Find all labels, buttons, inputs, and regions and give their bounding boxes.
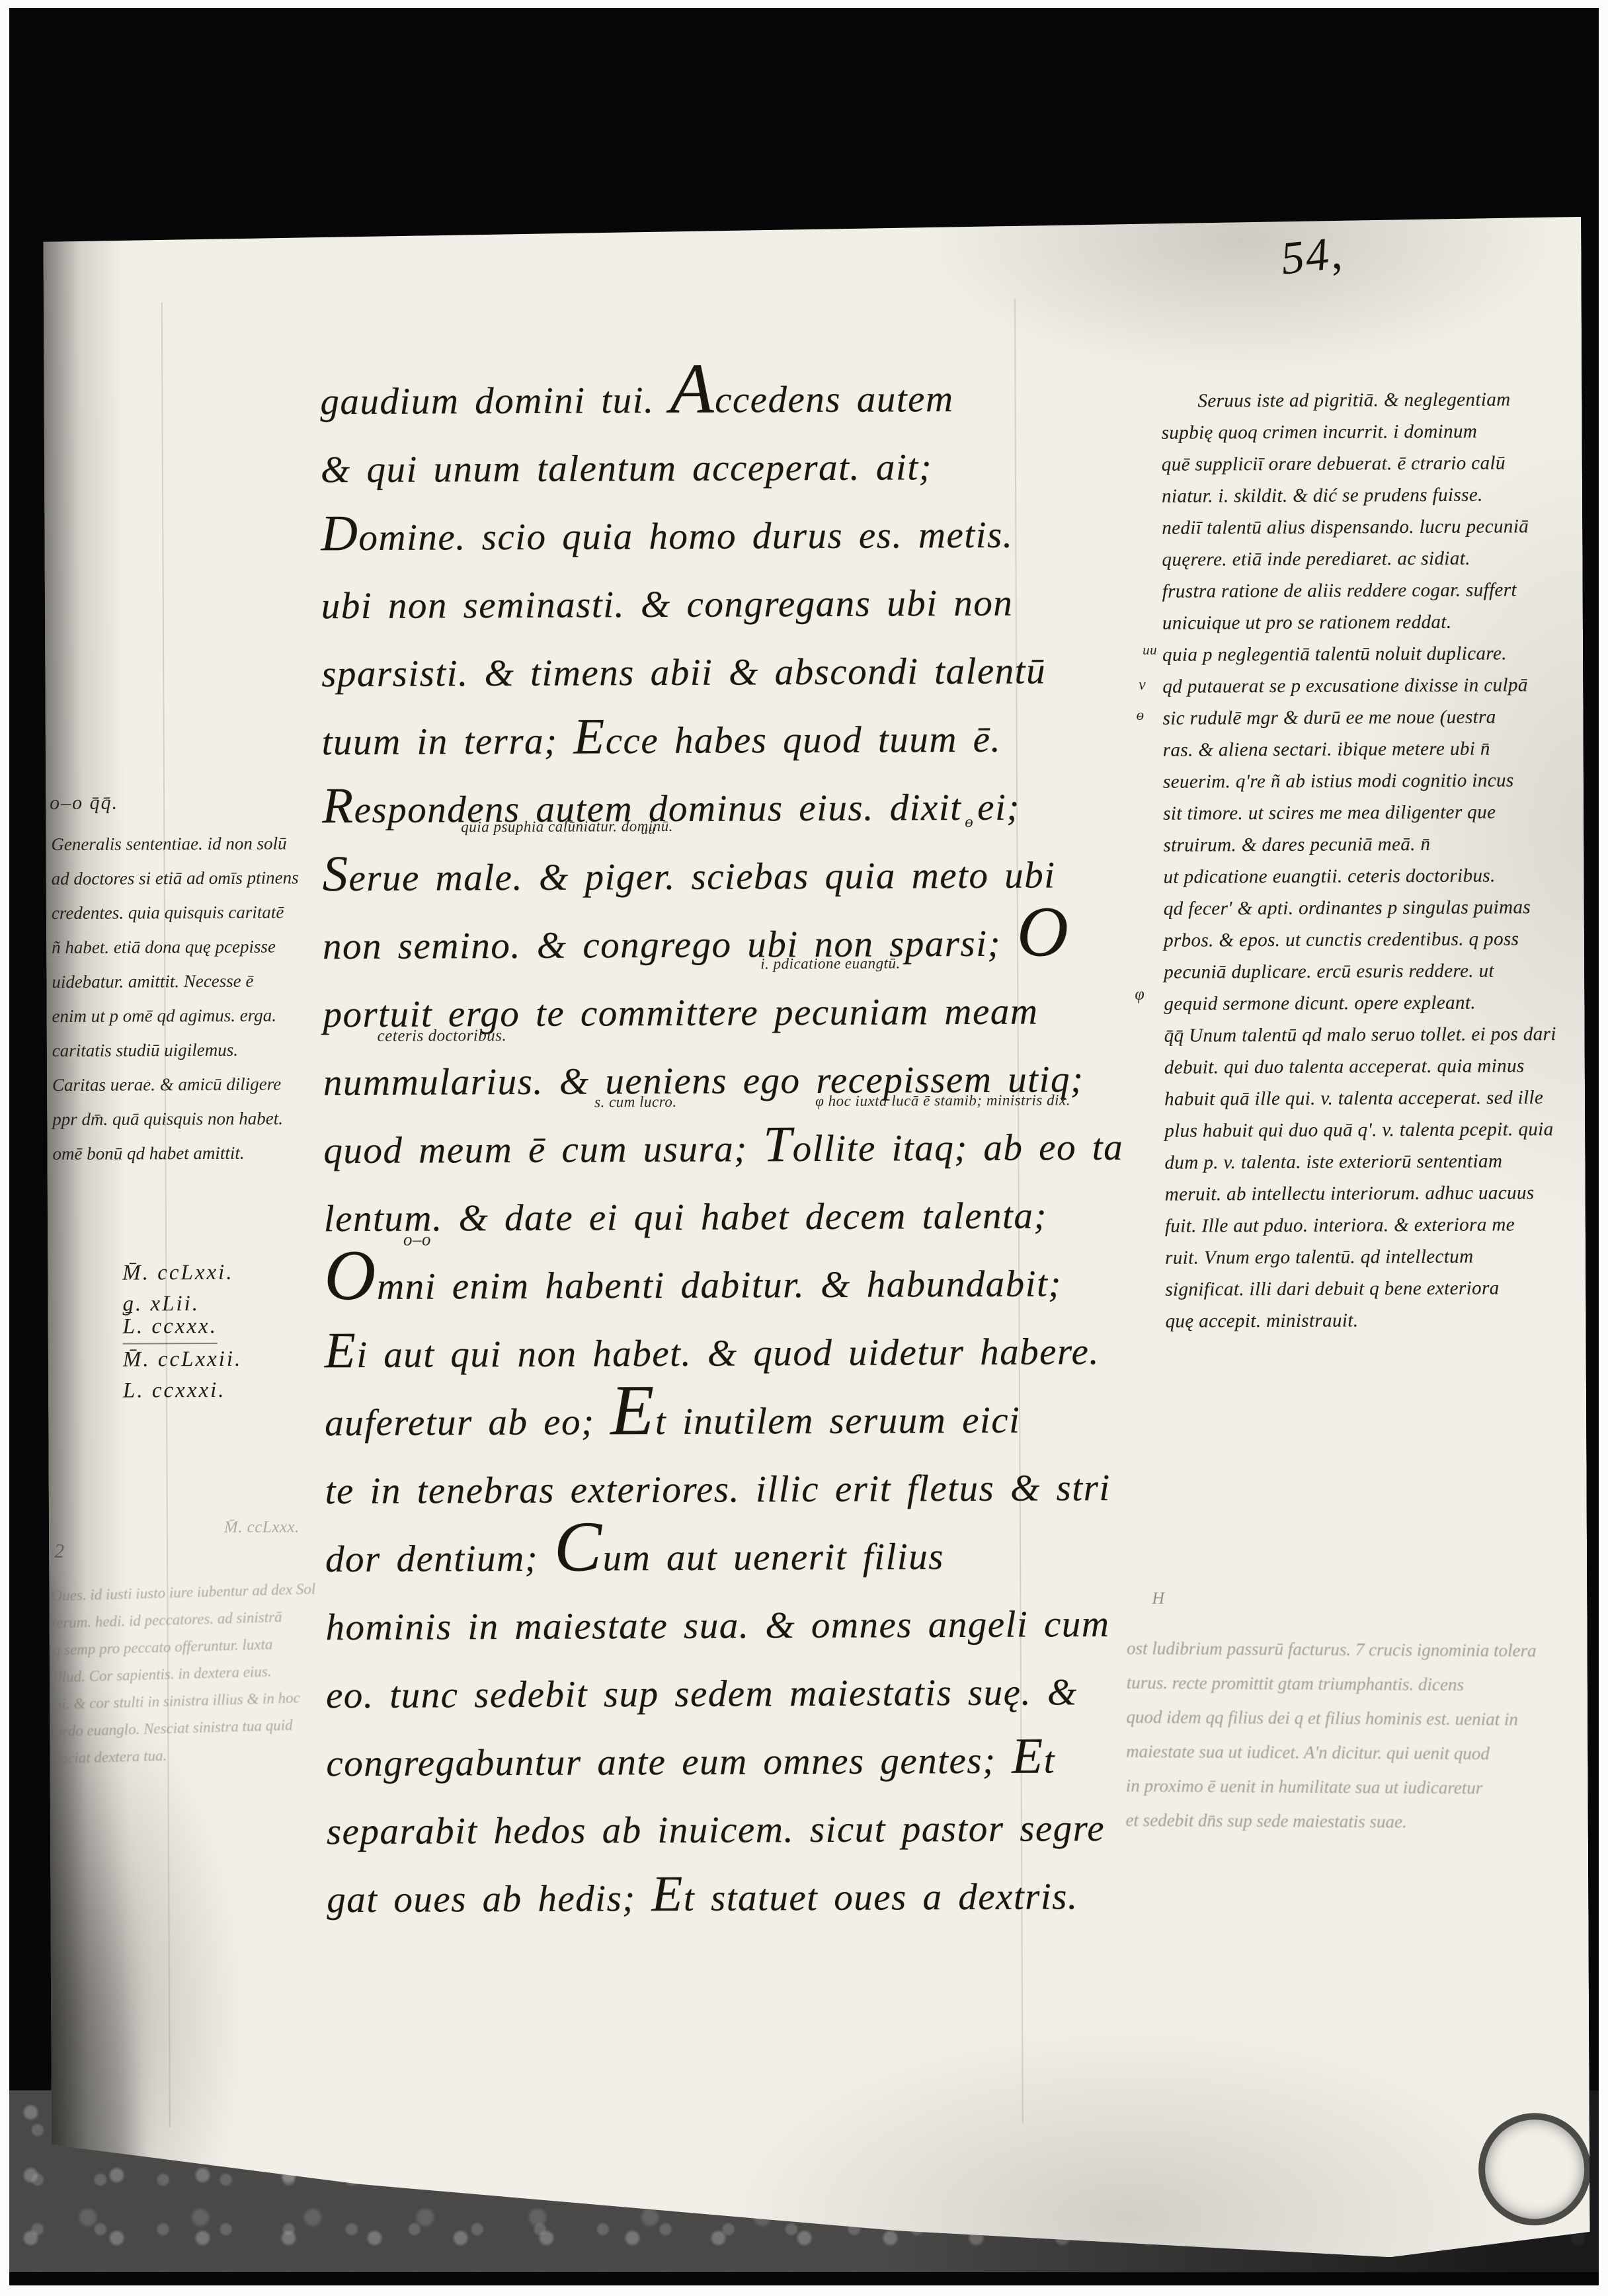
text-segment: separabit hedos ab inuicem. sicut pastor… bbox=[327, 1807, 1105, 1852]
text-line: supbię quoq crimen incurrit. i dominum bbox=[1162, 415, 1588, 449]
interlinear-gloss-hoc-iuxta: φ hoc iuxta lucā ē stamib; ministris dix… bbox=[815, 1091, 1070, 1110]
text-line: nediī talentū alius dispensando. lucru p… bbox=[1162, 510, 1588, 544]
text-line: q̄q̄ Unum talentū qd malo seruo tollet. … bbox=[1164, 1018, 1591, 1052]
ring-mark bbox=[1478, 2113, 1591, 2226]
left-margin-siglum: o–o q̄q̄. bbox=[50, 792, 118, 814]
decorated-initial: O bbox=[1016, 892, 1069, 971]
text-line: credentes. quia quisquis caritatē bbox=[52, 894, 342, 930]
text-line: maiestate sua ut iudicet. A'n dicitur. q… bbox=[1126, 1734, 1599, 1772]
text-line: unicuique ut pro se rationem reddat. bbox=[1162, 606, 1589, 639]
quire-mark: 2 bbox=[54, 1540, 65, 1563]
text-line: quē suppliciī orare debuerat. ē ctrario … bbox=[1162, 447, 1588, 481]
text-line: frustra ratione de aliis reddere cogar. … bbox=[1162, 574, 1589, 608]
text-line: enim ut p omē qd agimus. erga. bbox=[52, 998, 342, 1033]
text-line: gaudium domini tui. Accedens autem bbox=[320, 364, 1166, 436]
text-line: ppr dm̄. quā quisquis non habet. bbox=[52, 1101, 343, 1136]
text-line: Caritas uerae. & amicū diligere bbox=[52, 1066, 343, 1102]
decorated-initial: E bbox=[1012, 1727, 1044, 1784]
decorated-initial: E bbox=[325, 1322, 357, 1378]
text-line: pecuniā duplicare. ercū esuris reddere. … bbox=[1164, 955, 1590, 988]
text-line: L. ccxxxi. bbox=[123, 1374, 315, 1406]
text-line: qd putauerat se p excusatione dixisse in… bbox=[1162, 669, 1589, 703]
text-segment: gaudium domini tui. bbox=[320, 379, 670, 422]
text-segment: hominis in maiestate sua. & omnes angeli… bbox=[325, 1603, 1109, 1648]
text-segment: t statuet oues a dextris. bbox=[684, 1876, 1078, 1919]
text-line: quia p neglegentiā talentū noluit duplic… bbox=[1162, 637, 1589, 671]
text-line: ras. & aliena sectari. ibique metere ubi… bbox=[1163, 732, 1589, 766]
paragraph-siglum-omni: o–o bbox=[403, 1230, 431, 1250]
text-line: significat. illi dari debuit q bene exte… bbox=[1165, 1272, 1591, 1306]
text-line: M̄. ccLxxi. bbox=[122, 1257, 314, 1288]
text-segment: dor dentium; bbox=[325, 1538, 554, 1581]
text-line: quę accepit. ministrauit. bbox=[1165, 1304, 1591, 1337]
left-margin-note: Generalis sententiae. id non solūad doct… bbox=[51, 826, 343, 1171]
interlinear-gloss-meto-mark: ɵ bbox=[965, 813, 973, 832]
text-line: in proximo ē uenit in humilitate sua ut … bbox=[1126, 1768, 1599, 1806]
decorated-initial: E bbox=[651, 1865, 684, 1922]
text-line: uidebatur. amittit. Necesse ē bbox=[52, 963, 342, 999]
text-line: debuit. qui duo talenta acceperat. quia … bbox=[1164, 1050, 1591, 1084]
screenshot-stage: 54, o–o q̄q̄. Generalis sententiae. id n… bbox=[0, 0, 1608, 2296]
text-line: sic rudulē mgr & durū ee me noue (uestra bbox=[1162, 701, 1589, 734]
text-segment: ollite itaq; ab eo ta bbox=[793, 1127, 1124, 1169]
text-segment: non semino. & congrego ubi non sparsi; bbox=[323, 923, 1017, 968]
text-line: eo. tunc sedebit sup sedem maiestatis su… bbox=[326, 1658, 1172, 1730]
decorated-initial: E bbox=[610, 1370, 655, 1450]
text-line: tuum in terra; Ecce habes quod tuum ē. bbox=[321, 705, 1168, 777]
right-margin-siglum-v: v bbox=[1139, 676, 1146, 693]
text-line: L. ccxxx. bbox=[122, 1311, 218, 1345]
text-segment: t inutilem seruum eici bbox=[655, 1400, 1021, 1443]
text-line: Seruus iste ad pigritiā. & neglegentiam bbox=[1161, 383, 1588, 417]
text-line: caritatis studiū uigilemus. bbox=[52, 1032, 343, 1068]
text-line: Generalis sententiae. id non solū bbox=[51, 826, 342, 861]
text-segment: ubi non seminasti. & congregans ubi non bbox=[321, 582, 1014, 627]
decorated-initial: E bbox=[573, 707, 606, 764]
text-segment: lentum. & date ei qui habet decem talent… bbox=[324, 1195, 1047, 1240]
text-line: omē bonū qd habet amittit. bbox=[52, 1135, 343, 1171]
text-line: ñ habet. etiā dona quę pcepisse bbox=[52, 929, 342, 965]
text-segment: omine. scio quia homo durus es. metis. bbox=[358, 514, 1013, 559]
text-line: quod meum ē cum usura; Tollite itaq; ab … bbox=[323, 1113, 1170, 1185]
text-segment: i aut qui non habet. & quod uidetur habe… bbox=[356, 1331, 1100, 1376]
text-line: M̄. ccLxxii. bbox=[123, 1343, 315, 1375]
text-segment: te in tenebras exteriores. illic erit fl… bbox=[325, 1467, 1111, 1512]
right-margin-siglum-uu: uu bbox=[1143, 642, 1157, 658]
text-line: niatur. i. skildit. & dić se prudens fui… bbox=[1162, 479, 1588, 512]
text-line: habuit quā ille qui. v. talenta accepera… bbox=[1164, 1082, 1591, 1115]
decorated-initial: A bbox=[670, 349, 715, 428]
text-line: sparsisti. & timens abii & abscondi tale… bbox=[321, 637, 1168, 709]
text-line: dor dentium; Cum aut uenerit filius bbox=[325, 1522, 1172, 1594]
decorated-initial: O bbox=[324, 1236, 377, 1315]
text-line: plus habuit qui duo quā q'. v. talenta p… bbox=[1164, 1113, 1591, 1147]
interlinear-gloss-cum-lucro: s. cum lucro. bbox=[594, 1093, 677, 1111]
text-line: Ei aut qui non habet. & quod uidetur hab… bbox=[325, 1318, 1171, 1390]
main-text-column: gaudium domini tui. Accedens autem& qui … bbox=[320, 364, 1173, 1934]
text-line: quęrere. etiā inde perediaret. ac sidiat… bbox=[1162, 542, 1588, 576]
text-line: dum p. v. talenta. iste exteriorū senten… bbox=[1164, 1145, 1591, 1179]
interlinear-gloss-ceteris: ceteris doctoribus. bbox=[378, 1027, 507, 1046]
text-line: te in tenebras exteriores. illic erit fl… bbox=[325, 1454, 1171, 1526]
text-segment: sparsisti. & timens abii & abscondi tale… bbox=[321, 650, 1046, 695]
chronicle-numbers: M̄. ccLxxi.ǥ. xLii.L. ccxxx.M̄. ccLxxii.… bbox=[122, 1257, 315, 1406]
text-line: struirum. & dares pecuniā meā. n̄ bbox=[1163, 828, 1589, 861]
text-line: ut pdicatione euangtii. ceteris doctorib… bbox=[1164, 859, 1590, 893]
text-segment: cce habes quod tuum ē. bbox=[606, 719, 1002, 762]
text-segment: eo. tunc sedebit sup sedem maiestatis su… bbox=[326, 1671, 1078, 1716]
text-line: gequid sermone dicunt. opere expleant. bbox=[1164, 986, 1590, 1020]
text-line: turus. recte promittit gtam triumphantis… bbox=[1127, 1665, 1599, 1703]
text-segment: ccedens autem bbox=[715, 378, 954, 421]
text-line: & qui unum talentum acceperat. ait; bbox=[321, 432, 1167, 504]
text-segment: congregabuntur ante eum omnes gentes; bbox=[326, 1740, 1012, 1785]
text-line: fuit. Ille aut pduo. interiora. & exteri… bbox=[1165, 1208, 1591, 1242]
ruling-line-left bbox=[161, 302, 171, 2127]
text-segment: um aut uenerit filius bbox=[603, 1536, 945, 1579]
text-line: qd fecer' & apti. ordinantes p singulas … bbox=[1164, 891, 1590, 925]
text-segment: erue male. & piger. sciebas quia meto ub… bbox=[348, 854, 1055, 899]
text-line: Respondens autem dominus eius. dixit ei; bbox=[322, 773, 1168, 845]
text-line: congregabuntur ante eum omnes gentes; Et bbox=[326, 1726, 1172, 1798]
manuscript-page: 54, o–o q̄q̄. Generalis sententiae. id n… bbox=[43, 217, 1589, 2263]
text-line: ad doctores si etiā ad omīs ptinens bbox=[51, 860, 342, 896]
photograph: 54, o–o q̄q̄. Generalis sententiae. id n… bbox=[9, 8, 1599, 2285]
text-line: prbos. & epos. ut cunctis credentibus. q… bbox=[1164, 923, 1590, 957]
decorated-initial: S bbox=[322, 845, 348, 902]
text-line: ubi non seminasti. & congregans ubi non bbox=[321, 569, 1168, 641]
right-margin-commentary: Seruus iste ad pigritiā. & neglegentiams… bbox=[1161, 383, 1591, 1337]
page-number: 54, bbox=[1278, 227, 1346, 286]
bottom-right-note: ost ludibrium passurū facturus. 7 crucis… bbox=[1125, 1631, 1599, 1841]
text-segment: gat oues ab hedis; bbox=[327, 1878, 651, 1920]
text-segment: quod meum ē cum usura; bbox=[323, 1128, 763, 1171]
text-line: et sedebit dn̄s sup sede maiestatis suae… bbox=[1125, 1803, 1599, 1841]
text-line: gat oues ab hedis; Et statuet oues a dex… bbox=[327, 1862, 1173, 1934]
right-margin-siglum-o: ɵ bbox=[1136, 707, 1144, 724]
text-line: lentum. & date ei qui habet decem talent… bbox=[324, 1181, 1170, 1253]
decorated-initial: C bbox=[554, 1507, 603, 1586]
text-line: seuerim. q're ñ ab istius modi cognitio … bbox=[1163, 764, 1589, 798]
decorated-initial: R bbox=[322, 777, 354, 834]
faint-number: M̄. ccLxxx. bbox=[224, 1518, 300, 1536]
text-line: Omni enim habenti dabitur. & habundabit; bbox=[324, 1249, 1170, 1322]
right-margin-siglum-phi: φ bbox=[1135, 984, 1145, 1004]
text-line: auferetur ab eo; Et inutilem seruum eici bbox=[325, 1386, 1171, 1458]
text-line: hominis in maiestate sua. & omnes angeli… bbox=[325, 1590, 1172, 1662]
text-line: quod idem qq filius dei q et filius homi… bbox=[1126, 1700, 1599, 1737]
decorated-initial: T bbox=[763, 1115, 793, 1172]
interlinear-gloss-uu: uu bbox=[641, 821, 655, 838]
text-segment: mni enim habenti dabitur. & habundabit; bbox=[377, 1263, 1062, 1308]
margin-letter-h: H bbox=[1152, 1589, 1164, 1608]
text-line: Domine. scio quia homo durus es. metis. bbox=[321, 500, 1167, 573]
text-line: ruit. Vnum ergo talentū. qd intellectum bbox=[1165, 1240, 1591, 1274]
text-line: non semino. & congrego ubi non sparsi; O bbox=[323, 909, 1169, 981]
text-segment: & qui unum talentum acceperat. ait; bbox=[321, 446, 932, 491]
text-segment: espondens autem dominus eius. dixit ei; bbox=[354, 787, 1020, 831]
text-line: separabit hedos ab inuicem. sicut pastor… bbox=[327, 1794, 1173, 1866]
text-line: ost ludibrium passurū facturus. 7 crucis… bbox=[1127, 1631, 1599, 1669]
text-line: meruit. ab intellectu interiorum. adhuc … bbox=[1165, 1177, 1591, 1210]
text-segment: t bbox=[1044, 1739, 1056, 1781]
text-segment: tuum in terra; bbox=[322, 721, 574, 764]
interlinear-gloss-pdicatione: i. pdicatione euangtū. bbox=[760, 955, 901, 972]
decorated-initial: D bbox=[321, 504, 358, 561]
text-segment: auferetur ab eo; bbox=[325, 1401, 610, 1444]
text-line: sit timore. ut scires me mea diligenter … bbox=[1163, 796, 1589, 830]
